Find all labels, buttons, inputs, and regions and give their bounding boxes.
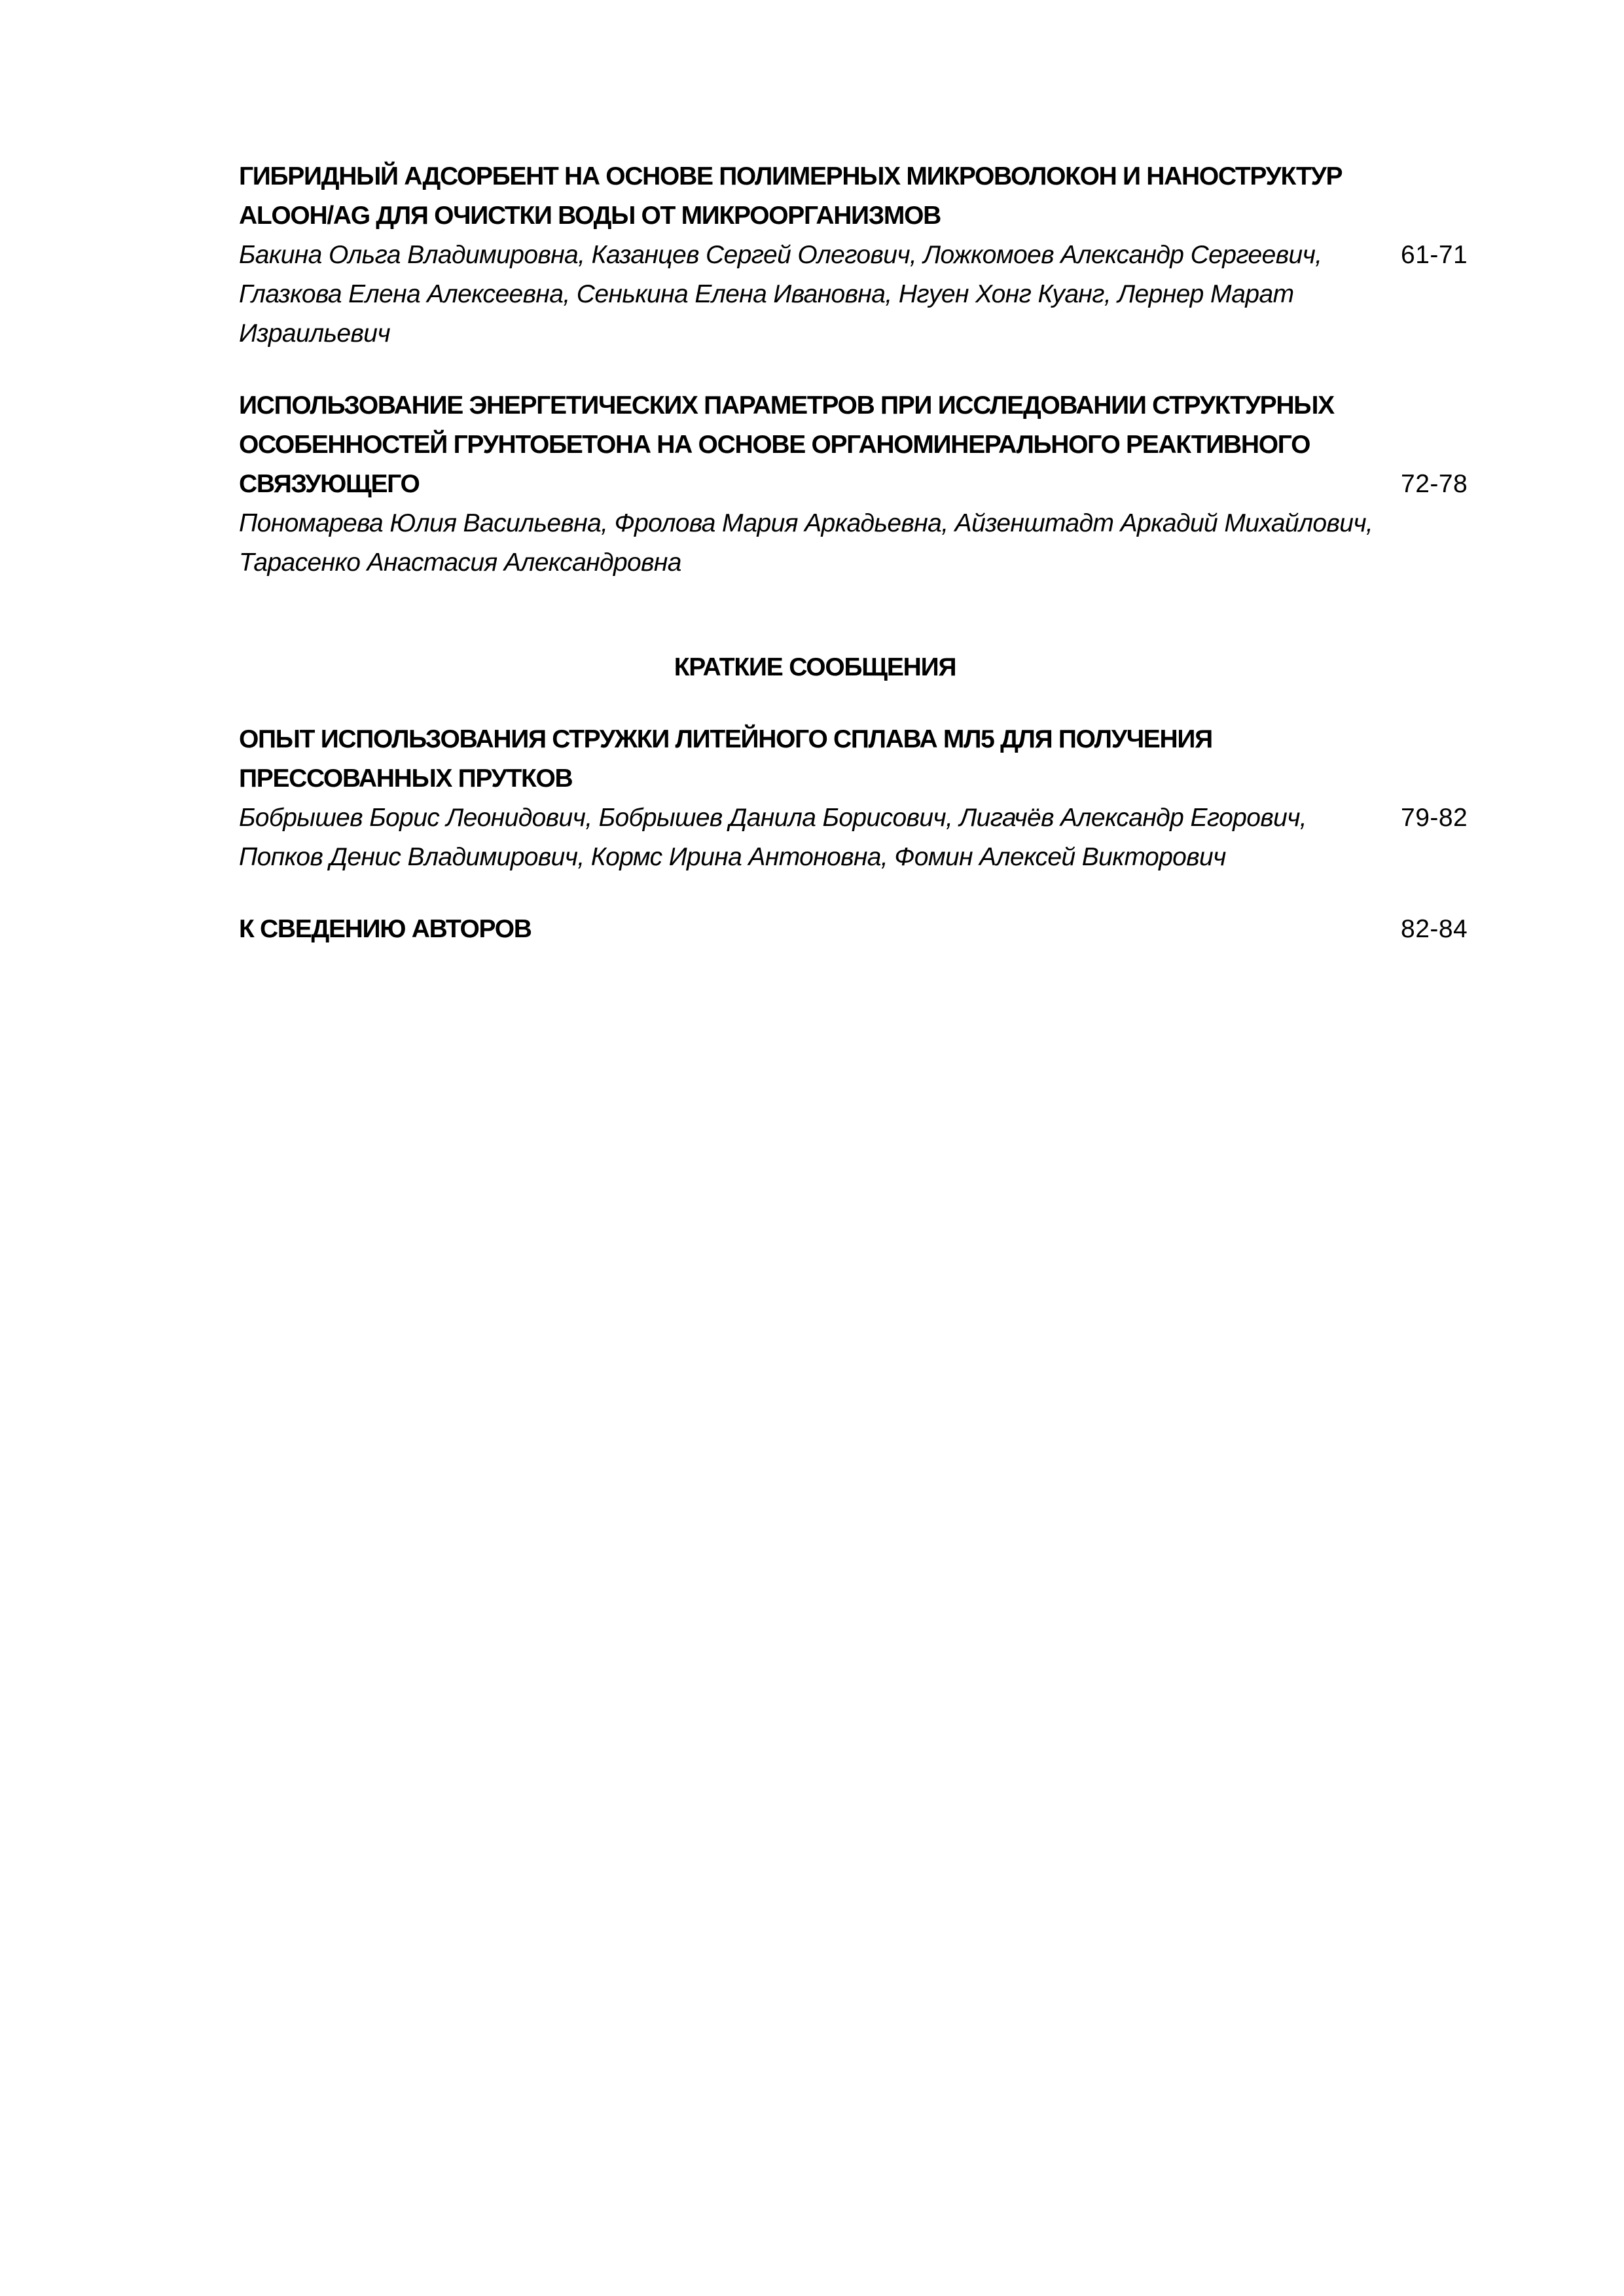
article-authors: Пономарева Юлия Васильевна, Фролова Мари… bbox=[239, 504, 1381, 583]
section-title: К СВЕДЕНИЮ АВТОРОВ bbox=[239, 910, 1381, 949]
toc-entry: ОПЫТ ИСПОЛЬЗОВАНИЯ СТРУЖКИ ЛИТЕЙНОГО СПЛ… bbox=[239, 720, 1476, 877]
toc-entry: ИСПОЛЬЗОВАНИЕ ЭНЕРГЕТИЧЕСКИХ ПАРАМЕТРОВ … bbox=[239, 386, 1476, 583]
article-authors: Бакина Ольга Владимировна, Казанцев Серг… bbox=[239, 236, 1381, 353]
article-title: ОПЫТ ИСПОЛЬЗОВАНИЯ СТРУЖКИ ЛИТЕЙНОГО СПЛ… bbox=[239, 720, 1381, 798]
toc-entry: ГИБРИДНЫЙ АДСОРБЕНТ НА ОСНОВЕ ПОЛИМЕРНЫХ… bbox=[239, 157, 1476, 353]
section-heading: КРАТКИЕ СООБЩЕНИЯ bbox=[239, 648, 1476, 687]
page-range: 72-78 bbox=[1401, 465, 1468, 504]
article-title: ГИБРИДНЫЙ АДСОРБЕНТ НА ОСНОВЕ ПОЛИМЕРНЫХ… bbox=[239, 157, 1381, 236]
toc-entry-authors-info: К СВЕДЕНИЮ АВТОРОВ 82-84 bbox=[239, 910, 1476, 949]
page-range: 82-84 bbox=[1401, 910, 1468, 949]
article-title: ИСПОЛЬЗОВАНИЕ ЭНЕРГЕТИЧЕСКИХ ПАРАМЕТРОВ … bbox=[239, 386, 1381, 504]
page-range: 79-82 bbox=[1401, 798, 1468, 838]
page-range: 61-71 bbox=[1401, 236, 1468, 275]
article-authors: Бобрышев Борис Леонидович, Бобрышев Дани… bbox=[239, 798, 1381, 877]
table-of-contents: ГИБРИДНЫЙ АДСОРБЕНТ НА ОСНОВЕ ПОЛИМЕРНЫХ… bbox=[239, 157, 1476, 982]
